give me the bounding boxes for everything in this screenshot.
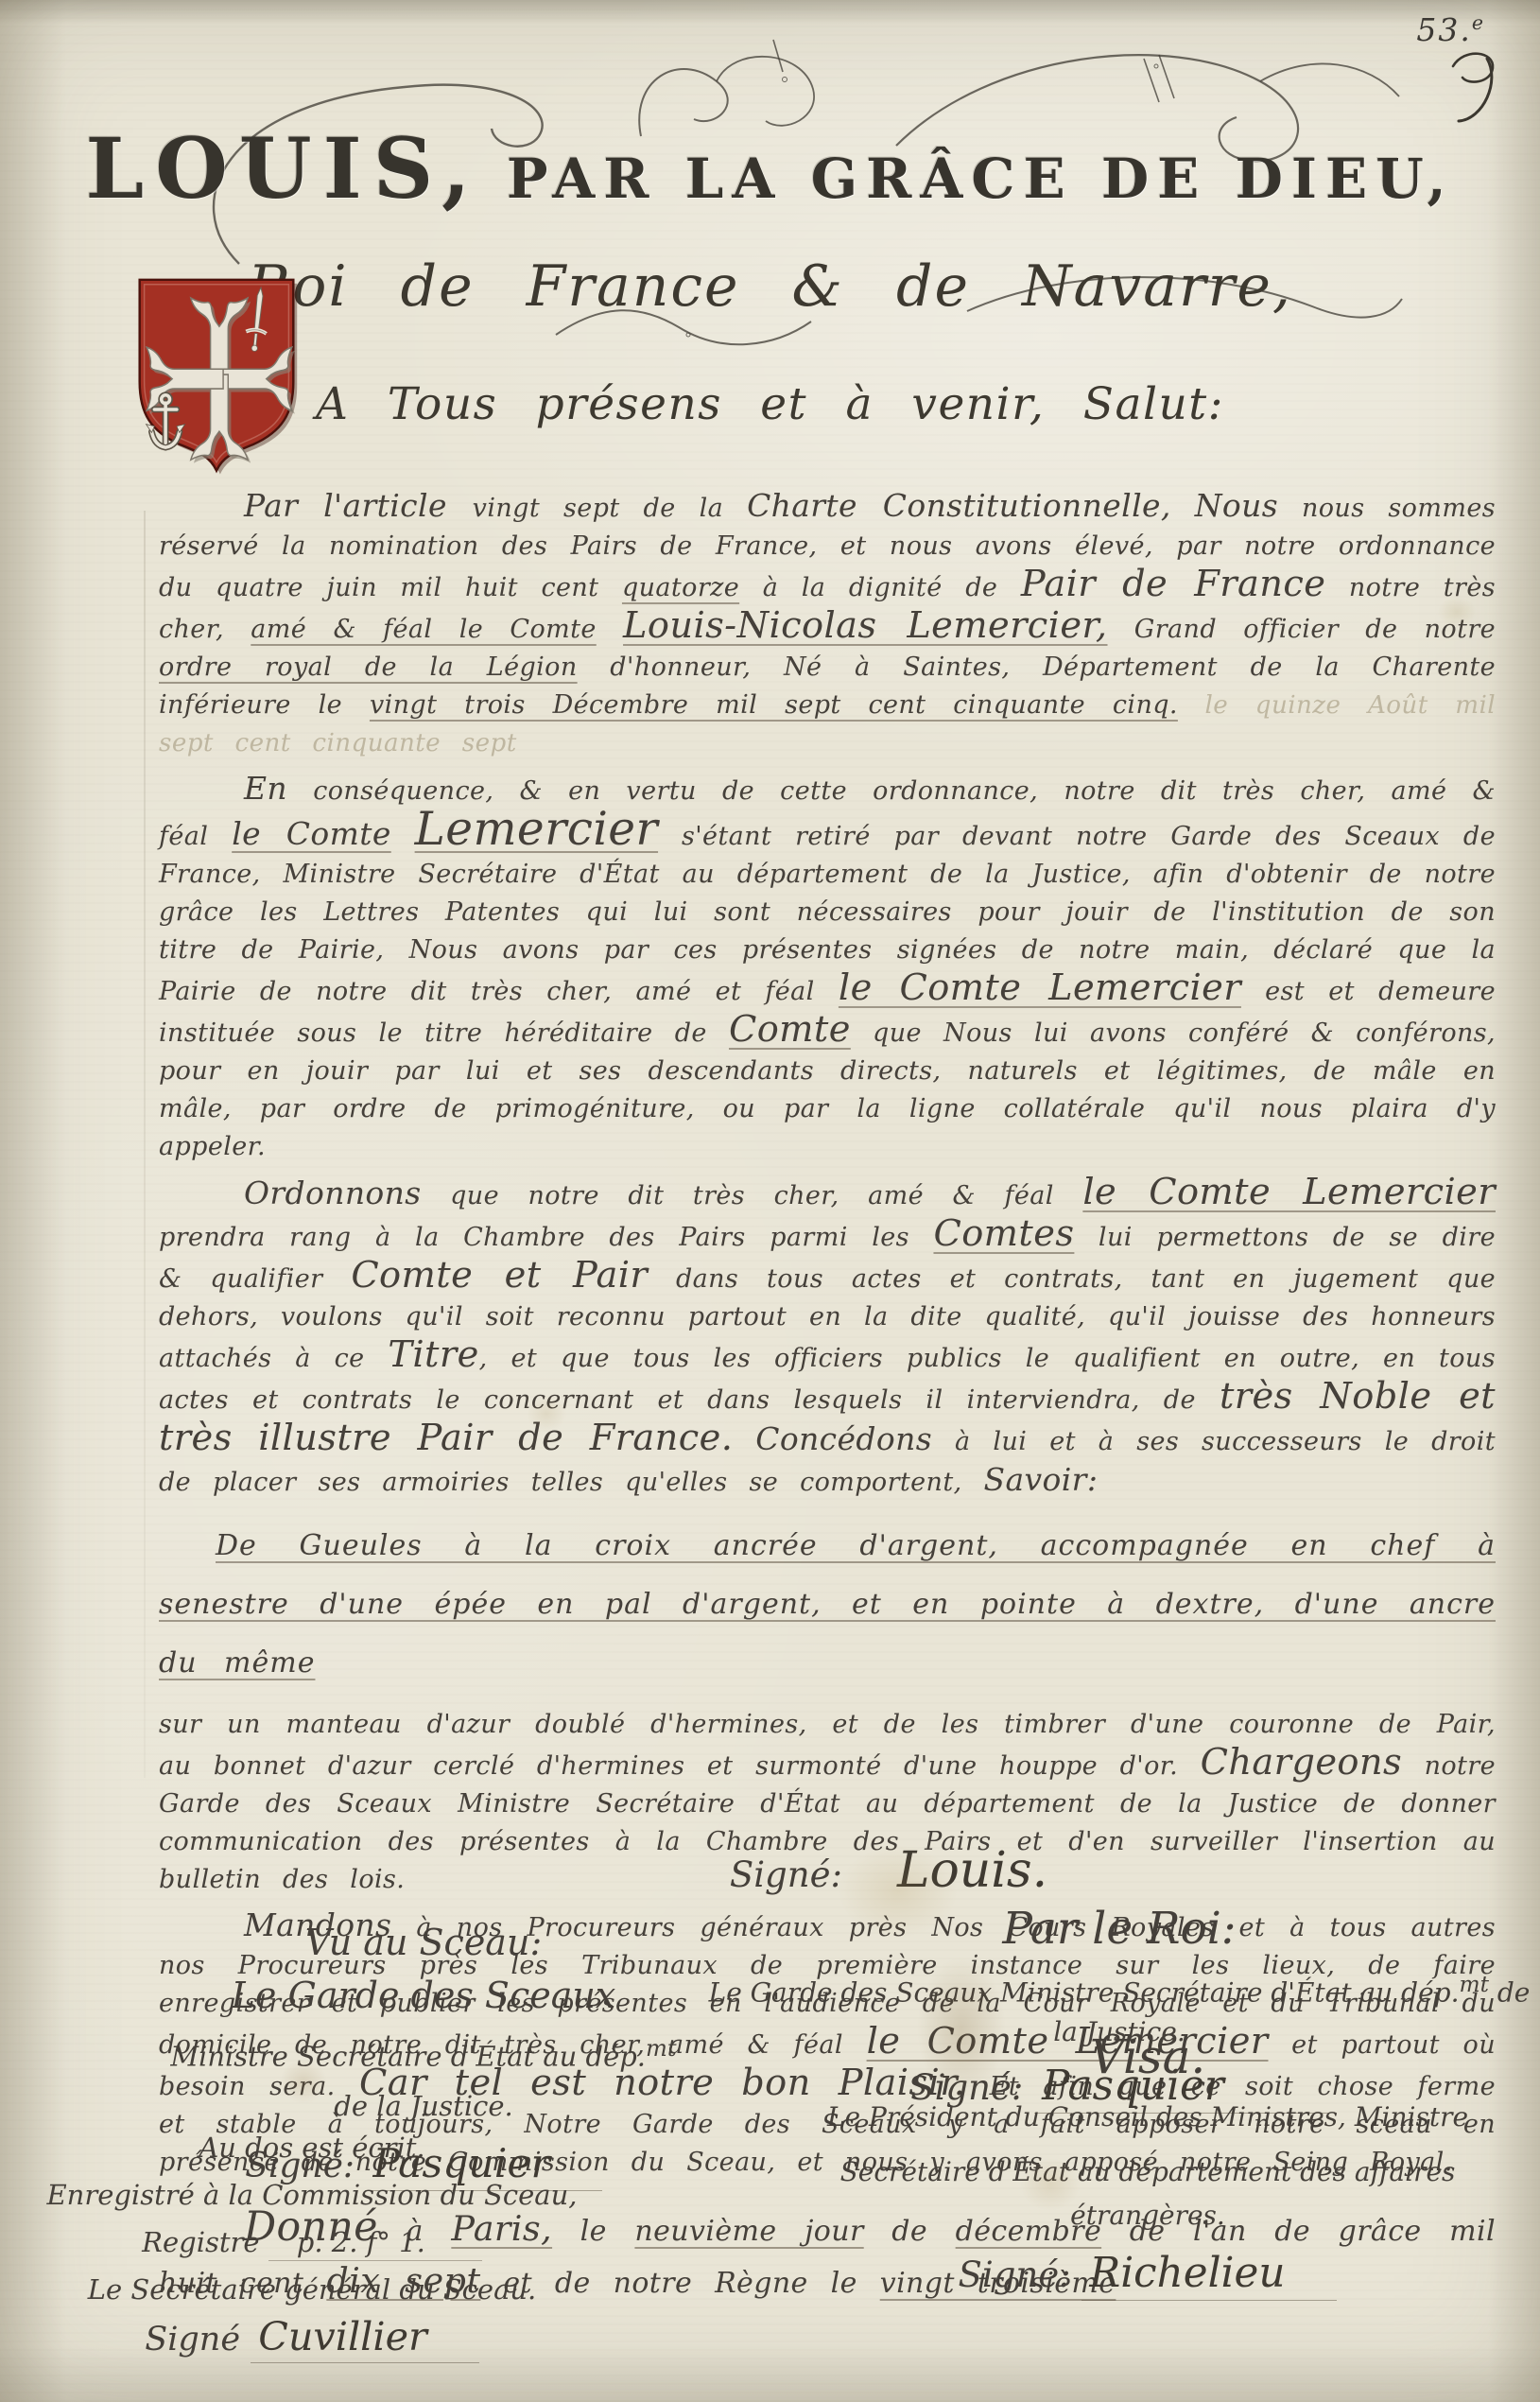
paragraph-institution: En conséquence, & en vertu de cette ordo… bbox=[159, 770, 1496, 1166]
seal-line-keeper: Le Garde des Sceaux bbox=[149, 1971, 698, 2020]
registration-signature: Signé Cuvillier bbox=[38, 2313, 586, 2363]
registration-signature-name: Cuvillier bbox=[251, 2314, 479, 2363]
folio-superscript: e bbox=[1472, 11, 1485, 34]
signature-label: Signé: bbox=[730, 1854, 842, 1895]
visa-line-president: Le Président du Conseil des Ministres, M… bbox=[764, 2096, 1531, 2139]
king-heading: Par le Roi: bbox=[707, 1903, 1531, 1955]
seal-line-minister-sup: mt bbox=[646, 2035, 677, 2062]
visa-signature: Signé: Richelieu bbox=[764, 2249, 1531, 2297]
seal-heading: Vu au Sceau: bbox=[149, 1918, 698, 1967]
visa-heading: Visa. bbox=[764, 2029, 1531, 2084]
registration-line-commission: Enregistré à la Commission du Sceau, bbox=[38, 2171, 586, 2219]
register-label: Registre bbox=[142, 2226, 259, 2258]
document-title: LOUIS,PAR LA GRÂCE DE DIEU, bbox=[0, 119, 1540, 218]
title-louis: LOUIS, bbox=[85, 119, 482, 218]
paragraph-ordonnons: Ordonnons que notre dit très cher, amé &… bbox=[159, 1174, 1496, 1502]
title-rest: PAR LA GRÂCE DE DIEU, bbox=[507, 147, 1455, 211]
registration-line-verso: Au dos est écrit. bbox=[38, 2124, 586, 2171]
visa-block: Visa. Le Président du Conseil des Minist… bbox=[764, 2029, 1531, 2297]
coat-of-arms bbox=[127, 272, 306, 499]
scribe-paraph-icon bbox=[1445, 49, 1506, 125]
seal-line-minister-rest: de la Justice. bbox=[334, 2090, 512, 2122]
king-line-minister-sup: mt bbox=[1459, 1971, 1489, 1997]
seal-line-minister: Ministre Secrétaire d'État au dép.mt de … bbox=[149, 2024, 698, 2131]
royal-signature: Signé: Louis. bbox=[586, 1842, 1191, 1899]
paragraph-preamble: Par l'article vingt sept de la Charte Co… bbox=[159, 487, 1496, 762]
visa-signature-label: Signé: bbox=[959, 2254, 1071, 2295]
registration-line-secretary: Le Secrétaire général du Sceau. bbox=[38, 2266, 586, 2313]
paragraph-blazon: De Gueules à la croix ancrée d'argent, a… bbox=[159, 1517, 1496, 1693]
folio-number: 53.e bbox=[1416, 11, 1485, 48]
folio-value: 53. bbox=[1416, 11, 1471, 48]
visa-signature-name: Richelieu bbox=[1081, 2249, 1337, 2301]
visa-line-department: Secrétaire d'État au département des aff… bbox=[764, 2150, 1531, 2237]
signature-name-louis: Louis. bbox=[897, 1842, 1047, 1899]
registration-signature-label: Signé bbox=[145, 2321, 240, 2358]
register-value: p. 2. f° 1. bbox=[268, 2226, 482, 2261]
registration-line-register: Registre p. 2. f° 1. bbox=[38, 2219, 586, 2266]
king-line-minister-text: Le Garde des Sceaux Ministre Secrétaire … bbox=[709, 1976, 1460, 2008]
registration-block: Au dos est écrit. Enregistré à la Commis… bbox=[38, 2124, 586, 2363]
paper-crease bbox=[144, 511, 146, 1778]
seal-line-minister-text: Ministre Secrétaire d'État au dép. bbox=[170, 2041, 646, 2073]
anchored-cross-shield-icon bbox=[127, 272, 306, 499]
document-page: 53.e LOUIS,PAR LA GRÂCE DE DIEU, Roi de … bbox=[0, 0, 1540, 2402]
